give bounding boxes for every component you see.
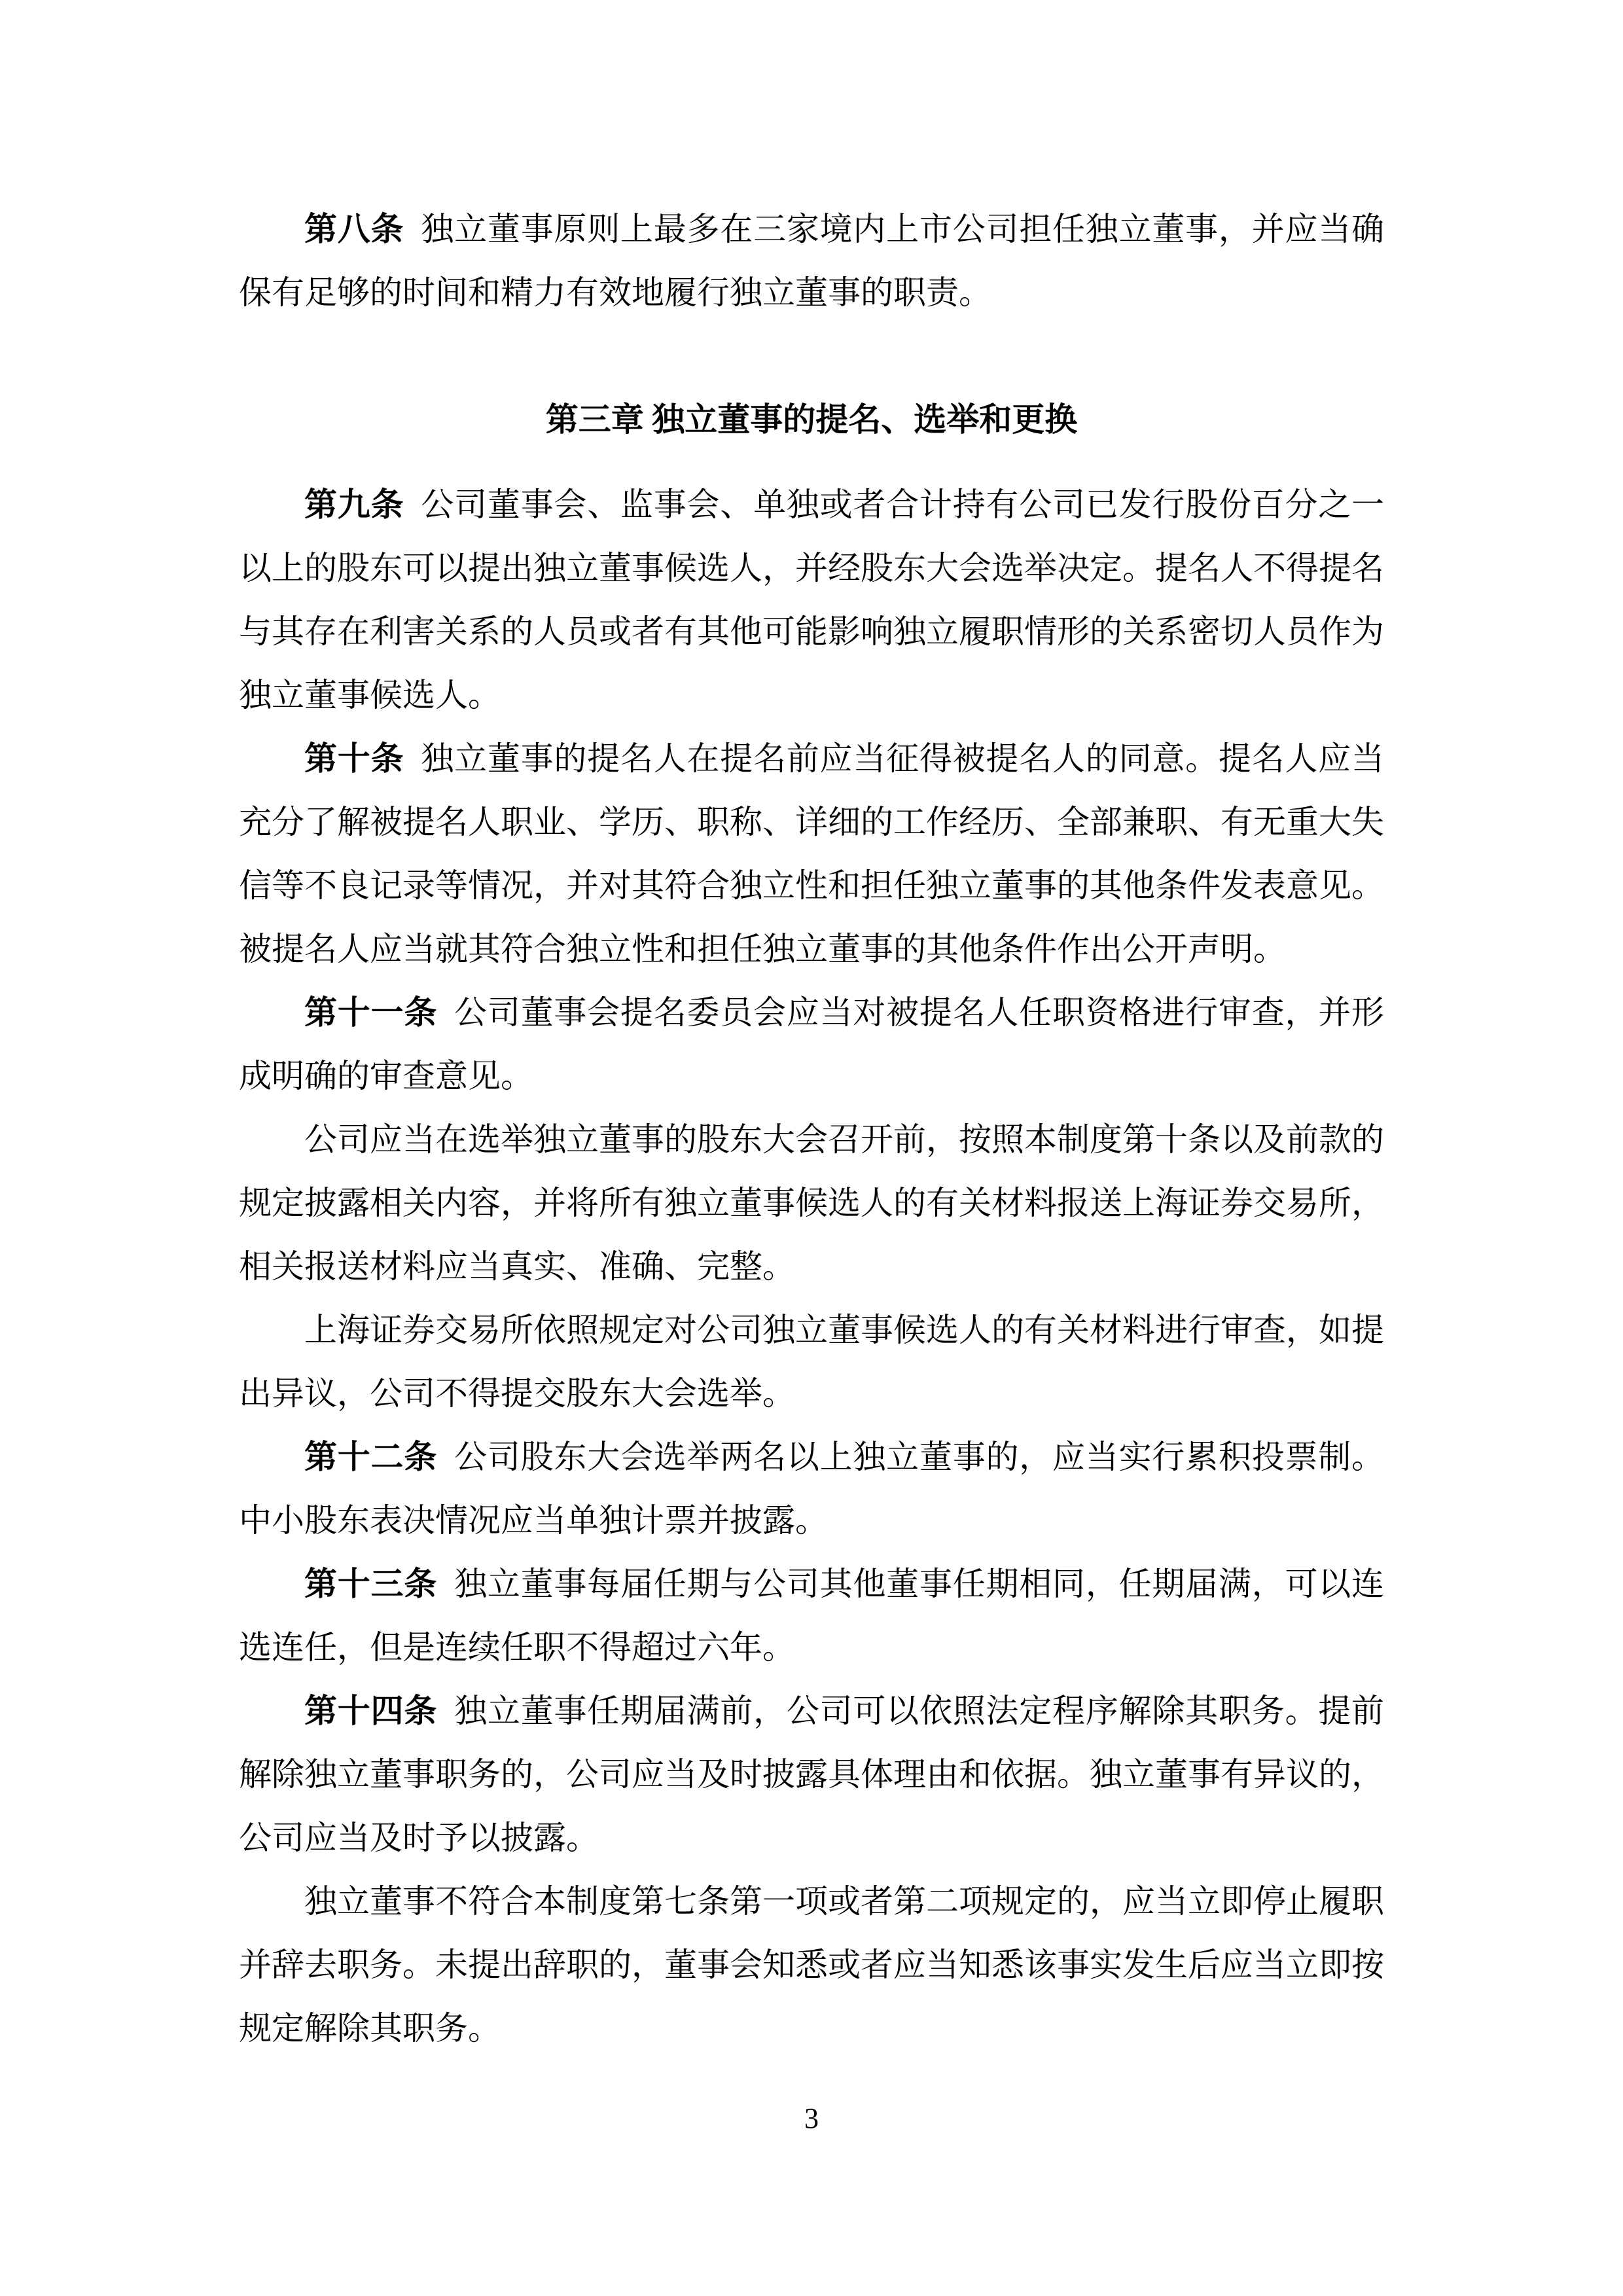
paragraph: 第九条公司董事会、监事会、单独或者合计持有公司已发行股份百分之一以上的股东可以提… [239,473,1384,727]
paragraph: 第八条独立董事原则上最多在三家境内上市公司担任独立董事，并应当确保有足够的时间和… [239,198,1384,325]
paragraph: 第十二条公司股东大会选举两名以上独立董事的，应当实行累积投票制。中小股东表决情况… [239,1426,1384,1552]
paragraph-text: 独立董事不符合本制度第七条第一项或者第二项规定的，应当立即停止履职并辞去职务。未… [239,1883,1384,2047]
paragraph: 第十一条公司董事会提名委员会应当对被提名人任职资格进行审查，并形成明确的审查意见… [239,981,1384,1108]
paragraph: 上海证券交易所依照规定对公司独立董事候选人的有关材料进行审查，如提出异议，公司不… [239,1299,1384,1426]
article-number: 第十四条 [304,1693,437,1729]
article-number: 第十三条 [304,1566,437,1602]
paragraph-text: 公司董事会、监事会、单独或者合计持有公司已发行股份百分之一以上的股东可以提出独立… [239,486,1384,713]
article-number: 第九条 [304,486,404,523]
paragraph: 第十四条独立董事任期届满前，公司可以依照法定程序解除其职务。提前解除独立董事职务… [239,1679,1384,1870]
page-number: 3 [0,2102,1623,2135]
chapter-heading-text: 第三章 独立董事的提名、选举和更换 [546,401,1078,438]
paragraph: 公司应当在选举独立董事的股东大会召开前，按照本制度第十条以及前款的规定披露相关内… [239,1108,1384,1299]
document-body: 第八条独立董事原则上最多在三家境内上市公司担任独立董事，并应当确保有足够的时间和… [239,198,1384,2060]
article-number: 第八条 [304,211,404,247]
paragraph-text: 公司应当在选举独立董事的股东大会召开前，按照本制度第十条以及前款的规定披露相关内… [239,1121,1384,1285]
paragraph: 独立董事不符合本制度第七条第一项或者第二项规定的，应当立即停止履职并辞去职务。未… [239,1870,1384,2060]
paragraph-text: 独立董事原则上最多在三家境内上市公司担任独立董事，并应当确保有足够的时间和精力有… [239,211,1384,311]
paragraph-text: 独立董事的提名人在提名前应当征得被提名人的同意。提名人应当充分了解被提名人职业、… [239,740,1384,967]
document-page: 第八条独立董事原则上最多在三家境内上市公司担任独立董事，并应当确保有足够的时间和… [0,0,1623,2296]
chapter-heading: 第三章 独立董事的提名、选举和更换 [239,388,1384,452]
article-number: 第十二条 [304,1439,437,1475]
paragraph: 第十条独立董事的提名人在提名前应当征得被提名人的同意。提名人应当充分了解被提名人… [239,727,1384,981]
article-number: 第十条 [304,740,404,777]
paragraph-text: 上海证券交易所依照规定对公司独立董事候选人的有关材料进行审查，如提出异议，公司不… [239,1312,1384,1412]
paragraph: 第十三条独立董事每届任期与公司其他董事任期相同，任期届满，可以连选连任，但是连续… [239,1552,1384,1679]
article-number: 第十一条 [304,994,437,1031]
